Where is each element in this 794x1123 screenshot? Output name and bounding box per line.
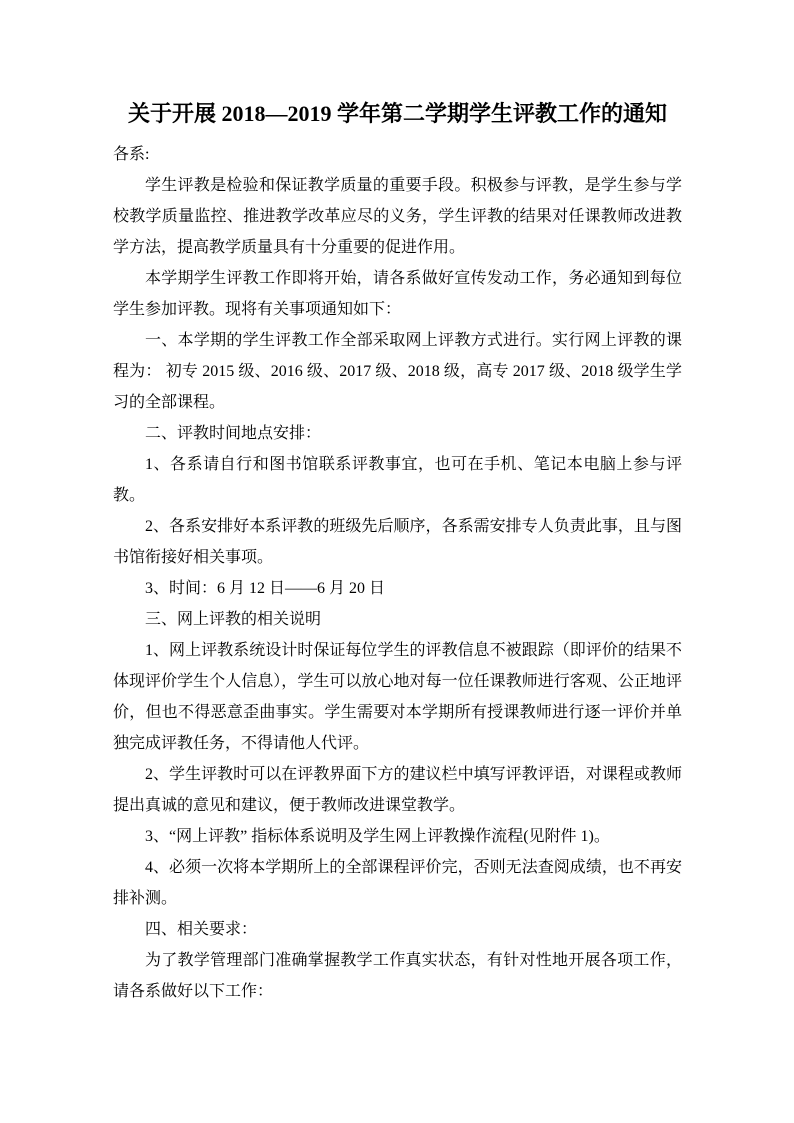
salutation: 各系: bbox=[113, 139, 682, 170]
paragraph-section-3-heading: 三、网上评教的相关说明 bbox=[113, 604, 682, 635]
paragraph-section-2-item-1: 1、各系请自行和图书馆联系评教事宜，也可在手机、笔记本电脑上参与评教。 bbox=[113, 449, 682, 511]
paragraph-section-2-item-2: 2、各系安排好本系评教的班级先后顺序，各系需安排专人负责此事，且与图书馆衔接好相… bbox=[113, 511, 682, 573]
paragraph-notice-lead: 本学期学生评教工作即将开始，请各系做好宣传发动工作，务必通知到每位学生参加评教。… bbox=[113, 263, 682, 325]
paragraph-section-3-item-2: 2、学生评教时可以在评教界面下方的建议栏中填写评教评语，对课程或教师提出真诚的意… bbox=[113, 759, 682, 821]
paragraph-section-3-item-4: 4、必须一次将本学期所上的全部课程评价完，否则无法查阅成绩，也不再安排补测。 bbox=[113, 852, 682, 914]
document-title: 关于开展 2018—2019 学年第二学期学生评教工作的通知 bbox=[113, 96, 682, 132]
paragraph-section-2-heading: 二、评教时间地点安排： bbox=[113, 418, 682, 449]
paragraph-section-4-heading: 四、相关要求： bbox=[113, 914, 682, 945]
paragraph-section-4-lead: 为了教学管理部门准确掌握教学工作真实状态，有针对性地开展各项工作，请各系做好以下… bbox=[113, 945, 682, 1007]
paragraph-section-3-item-3: 3、“网上评教” 指标体系说明及学生网上评教操作流程(见附件 1)。 bbox=[113, 821, 682, 852]
paragraph-section-1: 一、本学期的学生评教工作全部采取网上评教方式进行。实行网上评教的课程为： 初专 … bbox=[113, 325, 682, 418]
paragraph-section-3-item-1: 1、网上评教系统设计时保证每位学生的评教信息不被跟踪（即评价的结果不体现评价学生… bbox=[113, 635, 682, 759]
document-page: 关于开展 2018—2019 学年第二学期学生评教工作的通知 各系: 学生评教是… bbox=[0, 0, 794, 1123]
paragraph-intro: 学生评教是检验和保证教学质量的重要手段。积极参与评教，是学生参与学校教学质量监控… bbox=[113, 170, 682, 263]
paragraph-section-2-item-3: 3、时间：6 月 12 日——6 月 20 日 bbox=[113, 573, 682, 604]
document-body: 各系: 学生评教是检验和保证教学质量的重要手段。积极参与评教，是学生参与学校教学… bbox=[113, 139, 682, 1007]
